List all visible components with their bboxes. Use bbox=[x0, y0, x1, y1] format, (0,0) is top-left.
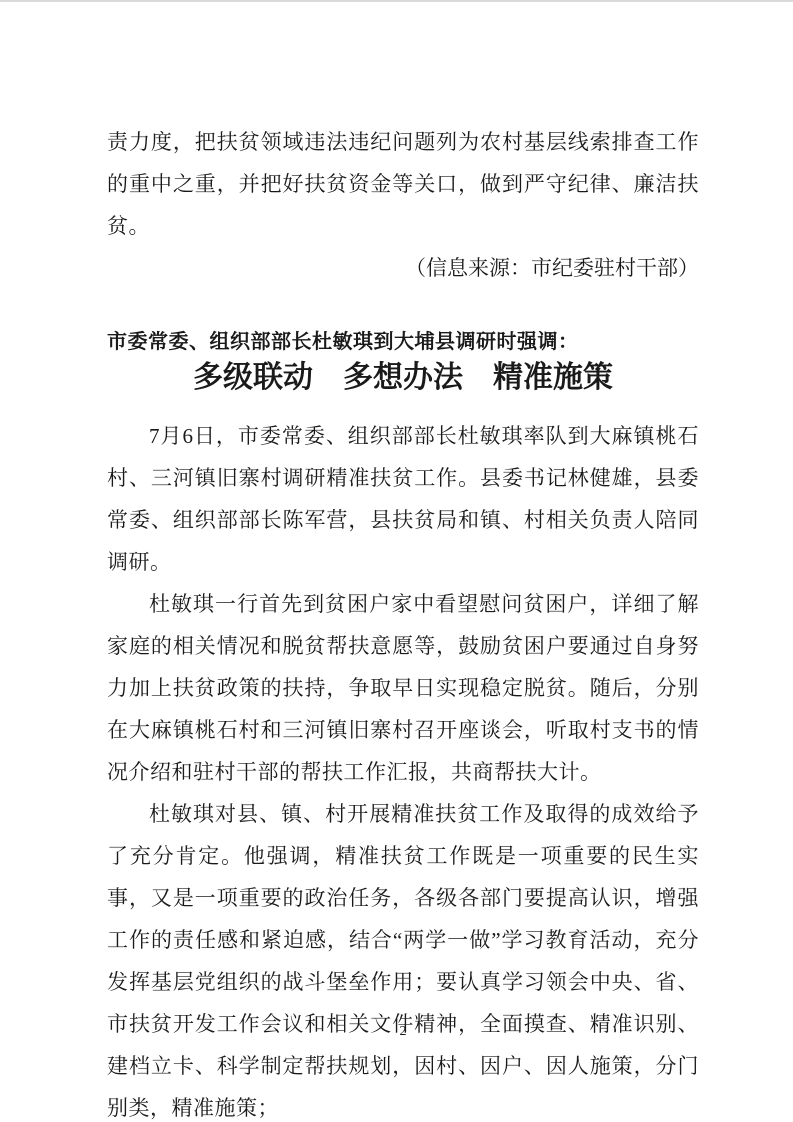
source-attribution: （信息来源：市纪委驻村干部） bbox=[107, 247, 699, 289]
article-paragraph-1: 7月6日，市委常委、组织部部长杜敏琪率队到大麻镇桃石村、三河镇旧寨村调研精准扶贫… bbox=[107, 415, 699, 583]
article-kicker: 市委常委、组织部部长杜敏琪到大埔县调研时强调： bbox=[107, 327, 699, 357]
document-page: 责力度，把扶贫领域违法违纪问题列为农村基层线索排查工作的重中之重，并把好扶贫资金… bbox=[0, 0, 793, 1122]
article-headline: 多级联动 多想办法 精准施策 bbox=[107, 357, 699, 399]
article-paragraph-3: 杜敏琪对县、镇、村开展精准扶贫工作及取得的成效给予了充分肯定。他强调，精准扶贫工… bbox=[107, 793, 699, 1122]
article-paragraph-2: 杜敏琪一行首先到贫困户家中看望慰问贫困户，详细了解家庭的相关情况和脱贫帮扶意愿等… bbox=[107, 583, 699, 793]
continuation-paragraph: 责力度，把扶贫领域违法违纪问题列为农村基层线索排查工作的重中之重，并把好扶贫资金… bbox=[107, 121, 699, 247]
page-content: 责力度，把扶贫领域违法违纪问题列为农村基层线索排查工作的重中之重，并把好扶贫资金… bbox=[107, 121, 699, 1122]
page-number: 2 bbox=[107, 1022, 699, 1042]
